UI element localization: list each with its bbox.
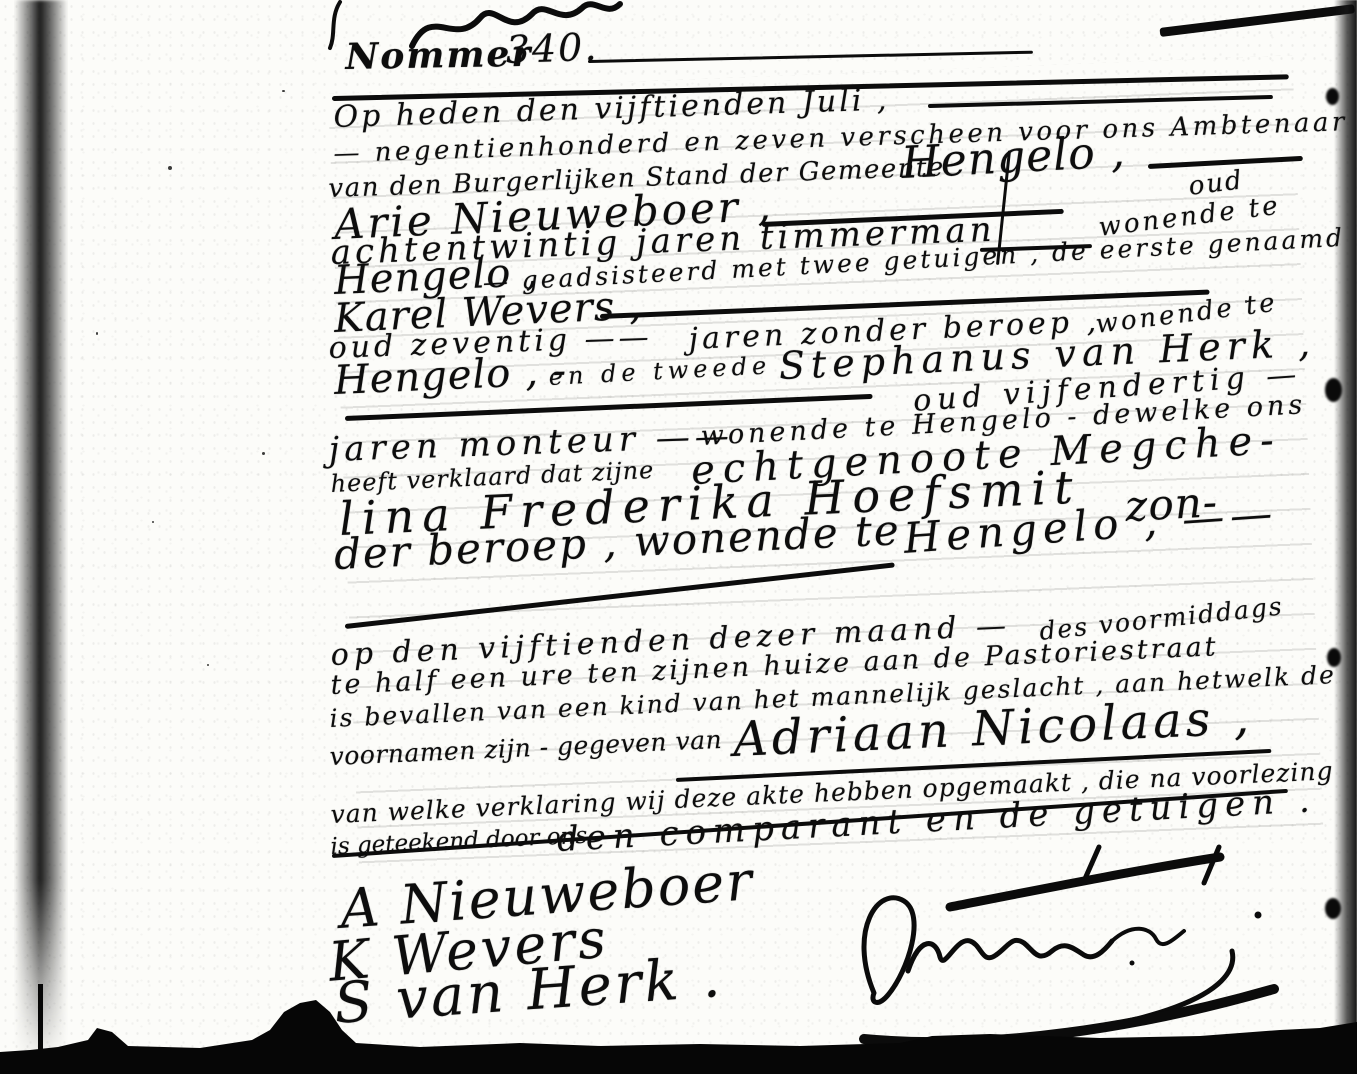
edge-blob xyxy=(1325,378,1342,402)
paper-speck xyxy=(207,664,209,666)
pen-stroke-thick xyxy=(1159,4,1355,37)
pen-rule xyxy=(928,95,1273,108)
line-names-intro: voornamen zijn - gegeven van xyxy=(329,725,723,771)
paper-speck xyxy=(262,452,265,455)
witness1-residence: Hengelo , - xyxy=(333,348,568,404)
scanned-birth-certificate: Nommer 340. Op heden den vijftienden Jul… xyxy=(0,0,1357,1074)
edge-blob xyxy=(1325,898,1341,919)
phrase-en-de-tweede: en de tweede xyxy=(548,351,772,391)
bottom-scan-edge xyxy=(0,984,1357,1074)
paper-speck xyxy=(96,332,98,335)
record-number-value: 340. xyxy=(505,25,599,72)
paper-speck xyxy=(282,90,285,92)
paper-speck xyxy=(168,166,172,170)
left-binding-shadow xyxy=(14,0,68,1074)
paper-speck xyxy=(1245,300,1247,303)
edge-blob xyxy=(1326,88,1339,105)
binding-line xyxy=(38,984,43,1074)
paper-speck xyxy=(152,521,154,523)
edge-blob xyxy=(1327,648,1341,667)
line-closing-2: is geteekend door ons xyxy=(330,823,588,860)
gemeente-name: Hengelo , xyxy=(900,126,1127,189)
